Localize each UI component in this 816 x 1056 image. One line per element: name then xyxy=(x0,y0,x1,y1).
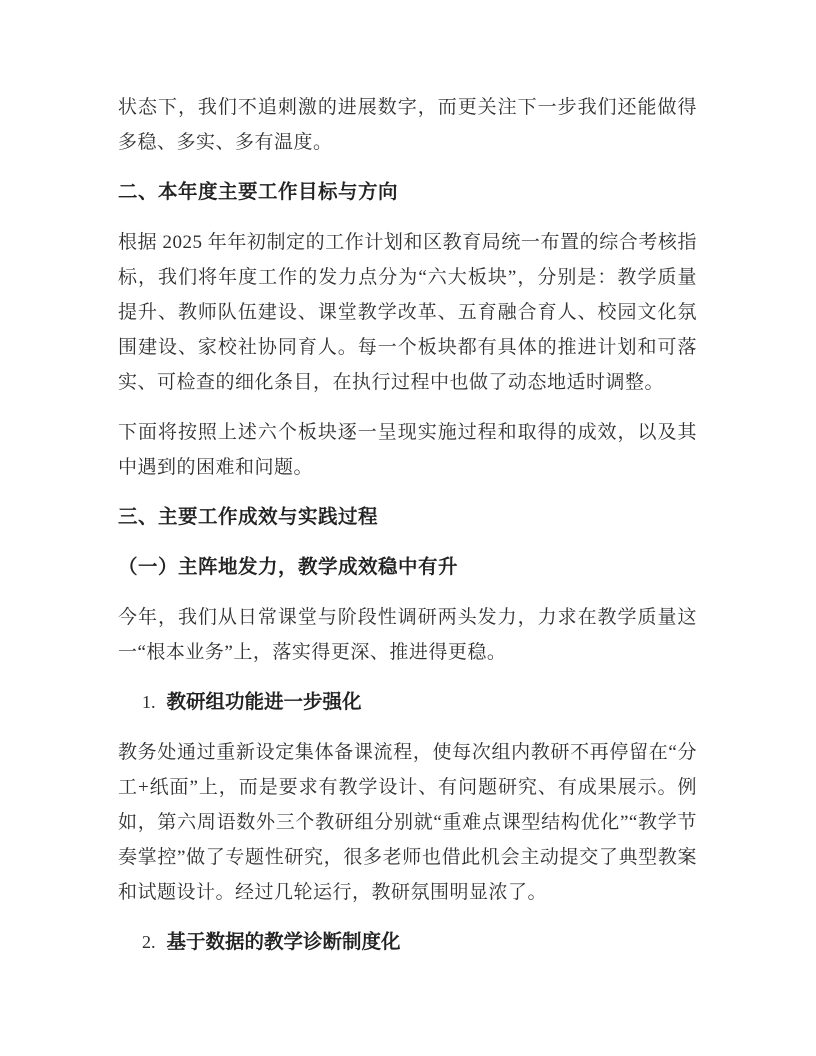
item-number: 2. xyxy=(142,932,156,952)
paragraph-transition: 下面将按照上述六个板块逐一呈现实施过程和取得的成效，以及其中遇到的困难和问题。 xyxy=(118,415,697,485)
item-number: 1. xyxy=(142,692,156,712)
paragraph-annual-plan-six-blocks: 根据 2025 年年初制定的工作计划和区教育局统一布置的综合考核指标，我们将年度… xyxy=(118,225,697,400)
paragraph-research-group-detail: 教务处通过重新设定集体备课流程，使每次组内教研不再停留在“分工+纸面”上，而是要… xyxy=(118,735,697,910)
subsection-heading-teaching-effect: （一）主阵地发力，教学成效稳中有升 xyxy=(118,550,697,585)
section-heading-work-results: 三、主要工作成效与实践过程 xyxy=(118,500,697,535)
numbered-item-data-diagnosis: 2.基于数据的教学诊断制度化 xyxy=(118,925,697,960)
item-title: 教研组功能进一步强化 xyxy=(167,692,362,713)
numbered-item-research-group: 1.教研组功能进一步强化 xyxy=(118,685,697,720)
item-title: 基于数据的教学诊断制度化 xyxy=(167,932,401,953)
section-heading-annual-goals: 二、本年度主要工作目标与方向 xyxy=(118,175,697,210)
document-page: 状态下，我们不追刺激的进展数字，而更关注下一步我们还能做得多稳、多实、多有温度。… xyxy=(0,0,816,1056)
continuation-paragraph: 状态下，我们不追刺激的进展数字，而更关注下一步我们还能做得多稳、多实、多有温度。 xyxy=(118,90,697,160)
paragraph-teaching-quality: 今年，我们从日常课堂与阶段性调研两头发力，力求在教学质量这一“根本业务”上，落实… xyxy=(118,600,697,670)
